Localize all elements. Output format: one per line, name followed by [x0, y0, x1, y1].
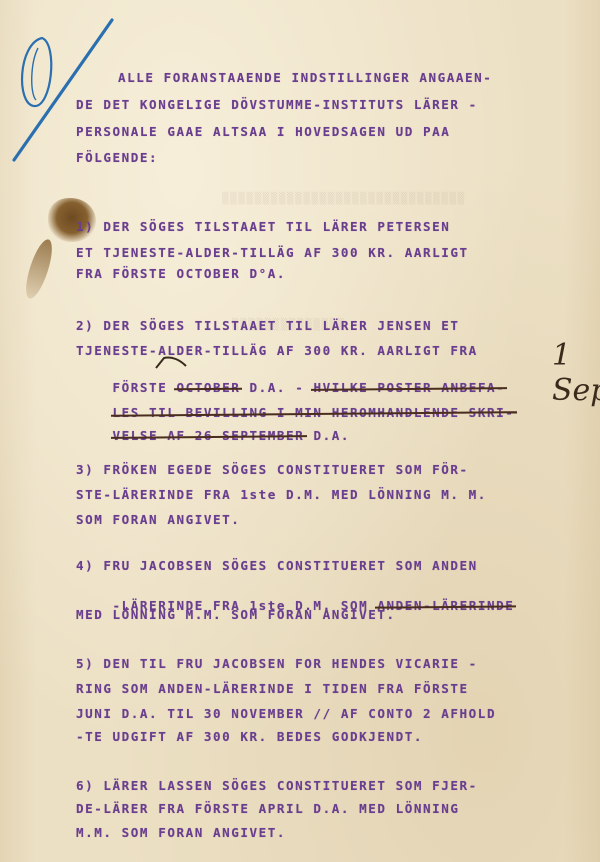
- ink-stain-drip: [21, 237, 57, 302]
- item-6-line: 6) LÄRER LASSEN SÖGES CONSTITUERET SOM F…: [76, 778, 478, 793]
- item-1-line: 1) DER SÖGES TILSTAAET TIL LÄRER PETERSE…: [76, 219, 450, 234]
- struck-text: ANDEN-LÄRERINDE: [377, 598, 514, 613]
- item-2-line: 2) DER SÖGES TILSTAAET TIL LÄRER JENSEN …: [76, 318, 460, 333]
- item-5-line: 5) DEN TIL FRU JACOBSEN FOR HENDES VICAR…: [76, 656, 478, 671]
- item-4-line: MED LÖNNING M.M. SOM FORAN ANGIVET.: [76, 607, 396, 622]
- item-1-line: FRA FÖRSTE OCTOBER D°A.: [76, 266, 286, 281]
- item-5-line: RING SOM ANDEN-LÄRERINDE I TIDEN FRA FÖR…: [76, 681, 469, 696]
- pen-check-mark-icon: [8, 14, 118, 164]
- item-2-line: VELSE AF 26 SEPTEMBER D.A.: [76, 413, 350, 458]
- item-3-line: STE-LÄRERINDE FRA 1ste D.M. MED LÖNNING …: [76, 487, 487, 502]
- intro-line: FÖLGENDE:: [76, 150, 158, 165]
- item-6-line: M.M. SOM FORAN ANGIVET.: [76, 825, 286, 840]
- item-1-line: ET TJENESTE-ALDER-TILLÄG AF 300 KR. AARL…: [76, 245, 469, 260]
- struck-text: VELSE AF 26 SEPTEMBER: [113, 428, 305, 443]
- margin-note: 1 Sep: [552, 338, 600, 408]
- handwritten-correction-icon: [154, 356, 190, 370]
- document-page: ▒▒▒▒▒▒▒▒▒▒▒▒▒▒▒▒▒▒▒▒▒▒▒▒▒▒▒▒▒▒ ▒▒▒▒▒▒▒▒▒…: [0, 0, 600, 862]
- item-3-line: SOM FORAN ANGIVET.: [76, 512, 240, 527]
- item-6-line: DE-LÄRER FRA FÖRSTE APRIL D.A. MED LÖNNI…: [76, 801, 460, 816]
- item-2-text: D.A.: [304, 428, 350, 443]
- intro-line: PERSONALE GAAE ALTSAA I HOVEDSAGEN UD PA…: [76, 124, 450, 139]
- item-5-line: JUNI D.A. TIL 30 NOVEMBER // AF CONTO 2 …: [76, 706, 496, 721]
- item-4-line: 4) FRU JACOBSEN SÖGES CONSTITUERET SOM A…: [76, 558, 478, 573]
- intro-line: DE DET KONGELIGE DÖVSTUMME-INSTITUTS LÄR…: [76, 97, 478, 112]
- item-5-line: -TE UDGIFT AF 300 KR. BEDES GODKJENDT.: [76, 729, 423, 744]
- item-2-line: TJENESTE-ALDER-TILLÄG AF 300 KR. AARLIGT…: [76, 343, 478, 358]
- bleed-through-text: ▒▒▒▒▒▒▒▒▒▒▒▒▒▒▒▒▒▒▒▒▒▒▒▒▒▒▒▒▒▒: [222, 192, 466, 205]
- intro-line: ALLE FORANSTAAENDE INDSTILLINGER ANGAAEN…: [118, 70, 492, 85]
- item-3-line: 3) FRÖKEN EGEDE SÖGES CONSTITUERET SOM F…: [76, 462, 469, 477]
